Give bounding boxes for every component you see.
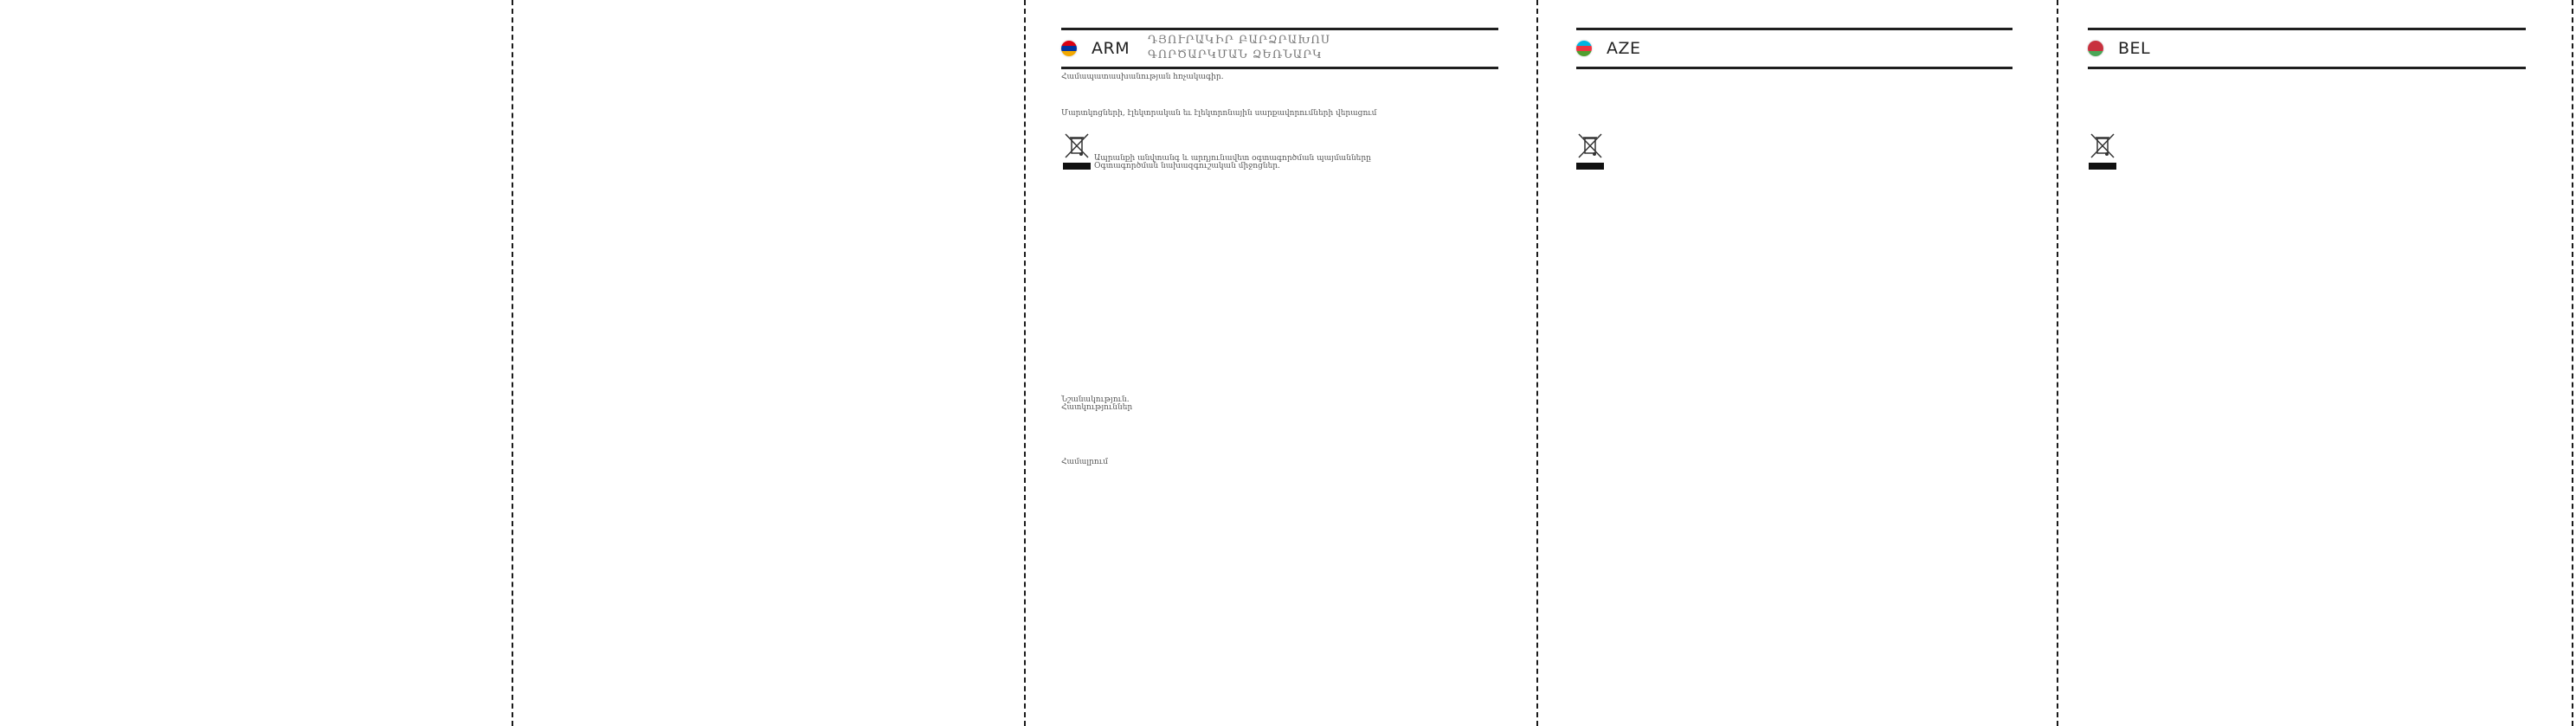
fold-line <box>2572 0 2573 726</box>
disposal-heading: Մարտկոցների, էլեկտրական եւ էլեկտրոնային … <box>1061 109 1376 118</box>
section-header: BEL <box>2088 28 2526 69</box>
features-heading: Հատկություններ <box>1061 403 1132 412</box>
safety-text: Օգտագործման նախազգուշական միջոցներ. <box>1094 162 1280 170</box>
panel-bel: BEL <box>2058 0 2571 726</box>
panel-arm: ARM ԴՅՈՒՐԱԿԻՐ ԲԱՐՁՐԱԽՈՍ ԳՈՐԾԱՐԿՄԱՆ ՁԵՌՆԱ… <box>1026 0 1536 726</box>
panel-blank <box>513 0 1023 726</box>
azerbaijan-flag-icon <box>1576 41 1592 56</box>
panel-blank <box>0 0 511 726</box>
section-header: ARM ԴՅՈՒՐԱԿԻՐ ԲԱՐՁՐԱԽՈՍ ԳՈՐԾԱՐԿՄԱՆ ՁԵՌՆԱ… <box>1061 28 1498 69</box>
crossed-out-bin-icon <box>1063 133 1092 178</box>
crossed-out-bin-icon <box>2089 133 2118 178</box>
title-line: ԴՅՈՒՐԱԿԻՐ ԲԱՐՁՐԱԽՈՍ <box>1148 33 1330 48</box>
language-code: ARM <box>1092 39 1130 58</box>
declaration-text: Համապատասխանության հռչակագիր. <box>1061 73 1224 81</box>
section-header: AZE <box>1576 28 2012 69</box>
panel-aze: AZE <box>1538 0 2056 726</box>
armenia-flag-icon <box>1061 41 1077 56</box>
kit-heading: Համալրում <box>1061 458 1108 466</box>
language-code: BEL <box>2118 39 2150 58</box>
language-code: AZE <box>1607 39 1641 58</box>
crossed-out-bin-icon <box>1576 133 1606 178</box>
title-line: ԳՈՐԾԱՐԿՄԱՆ ՁԵՌՆԱՐԿ <box>1148 48 1330 62</box>
belarus-flag-icon <box>2088 41 2103 56</box>
manual-title: ԴՅՈՒՐԱԿԻՐ ԲԱՐՁՐԱԽՈՍ ԳՈՐԾԱՐԿՄԱՆ ՁԵՌՆԱՐԿ <box>1148 33 1330 62</box>
